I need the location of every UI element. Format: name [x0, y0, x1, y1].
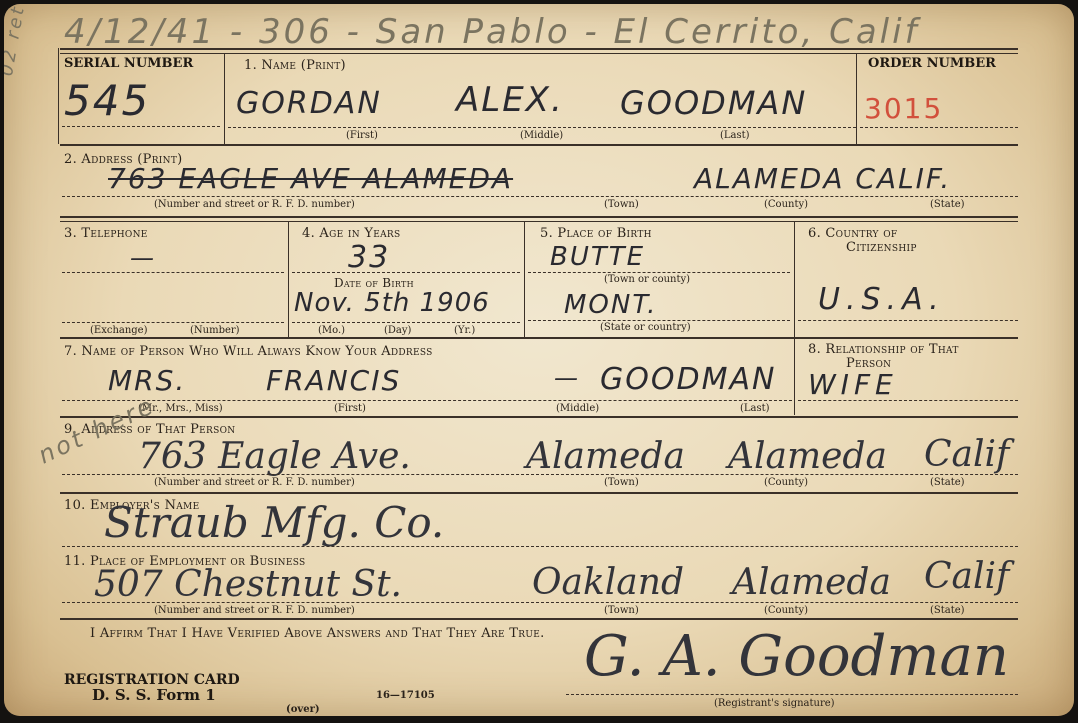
margin-note-top: 02 ret: [4, 4, 29, 78]
citizenship-label: 6. Country of: [808, 226, 897, 241]
contact-last: GOODMAN: [600, 362, 776, 397]
divider: [292, 272, 520, 273]
divider: [524, 221, 525, 337]
name-last-caption: (Last): [720, 130, 750, 141]
divider: [62, 602, 1018, 603]
contact-address-street-caption: (Number and street or R. F. D. number): [154, 477, 355, 488]
divider: [62, 196, 1018, 197]
divider: [528, 320, 790, 321]
dob-value: Nov. 5th 1906: [294, 288, 490, 318]
contact-middle-caption: (Middle): [556, 403, 599, 414]
employment-state: Calif: [924, 556, 1009, 597]
divider: [288, 221, 289, 337]
divider: [62, 272, 284, 273]
dob-year-caption: (Yr.): [454, 325, 475, 336]
divider: [60, 221, 1018, 222]
employment-town-caption: (Town): [604, 605, 639, 616]
birthplace-state: MONT.: [564, 290, 657, 320]
divider: [566, 694, 1018, 695]
employment-street: 507 Chestnut St.: [94, 564, 402, 605]
divider: [228, 127, 856, 128]
contact-address-state-caption: (State): [930, 477, 965, 488]
dob-day-caption: (Day): [384, 325, 411, 336]
birthplace-label: 5. Place of Birth: [540, 226, 652, 241]
age-value: 33: [348, 240, 390, 275]
serial-number-value: 545: [64, 76, 150, 125]
employment-county-caption: (County): [764, 605, 808, 616]
relationship-label: 8. Relationship of That: [808, 342, 959, 357]
divider: [62, 474, 1018, 475]
employer-value: Straub Mfg. Co.: [104, 498, 444, 547]
address-value: ALAMEDA CALIF.: [694, 162, 951, 195]
divider: [794, 337, 795, 415]
divider: [60, 53, 1018, 54]
divider: [292, 322, 520, 323]
name-first-caption: (First): [346, 130, 378, 141]
affirmation-text: I Affirm That I Have Verified Above Answ…: [90, 626, 545, 641]
telephone-value: —: [130, 244, 156, 272]
divider: [60, 618, 1018, 620]
name-middle: ALEX.: [456, 80, 564, 120]
age-label: 4. Age in Years: [302, 226, 400, 241]
contact-last-caption: (Last): [740, 403, 770, 414]
address-town-caption: (Town): [604, 199, 639, 210]
birthplace-town-caption: (Town or county): [604, 274, 690, 285]
divider: [60, 216, 1018, 218]
divider: [62, 126, 220, 127]
contact-first-caption: (First): [334, 403, 366, 414]
order-number-value: 3015: [864, 92, 943, 125]
serial-number-label: SERIAL NUMBER: [64, 56, 193, 71]
telephone-exchange-caption: (Exchange): [90, 325, 148, 336]
name-label: 1. Name (Print): [244, 58, 346, 73]
address-street-caption: (Number and street or R. F. D. number): [154, 199, 355, 210]
divider: [60, 416, 1018, 418]
divider: [856, 54, 857, 144]
birthplace-town: BUTTE: [550, 242, 645, 272]
divider: [60, 492, 1018, 494]
citizenship-value: U.S.A.: [818, 282, 945, 317]
address-state-caption: (State): [930, 199, 965, 210]
name-last: GOODMAN: [620, 84, 807, 122]
divider: [60, 48, 1018, 50]
divider: [224, 54, 225, 144]
contact-label: 7. Name of Person Who Will Always Know Y…: [64, 344, 433, 359]
registration-card: 4/12/41 - 306 - San Pablo - El Cerrito, …: [4, 4, 1074, 716]
divider: [62, 546, 1018, 547]
divider: [794, 221, 795, 337]
relationship-value: WIFE: [808, 368, 898, 401]
registrant-signature: G. A. Goodman: [584, 624, 1009, 689]
order-number-label: ORDER NUMBER: [868, 56, 996, 71]
divider: [60, 337, 1018, 339]
form-number: D. S. S. Form 1: [92, 686, 216, 704]
address-county-caption: (County): [764, 199, 808, 210]
dob-month-caption: (Mo.): [318, 325, 345, 336]
contact-middle: —: [554, 364, 580, 392]
divider: [860, 127, 1018, 128]
contact-address-county: Alameda: [728, 436, 887, 477]
telephone-number-caption: (Number): [190, 325, 240, 336]
divider: [798, 320, 1018, 321]
employment-street-caption: (Number and street or R. F. D. number): [154, 605, 355, 616]
contact-address-town: Alameda: [526, 436, 685, 477]
print-code: 16—17105: [376, 690, 435, 701]
divider: [62, 322, 284, 323]
contact-address-county-caption: (County): [764, 477, 808, 488]
name-first: GORDAN: [236, 86, 382, 121]
divider: [528, 272, 790, 273]
divider: [60, 144, 1018, 146]
citizenship-label-2: Citizenship: [846, 240, 917, 255]
employment-town: Oakland: [532, 562, 684, 603]
employment-state-caption: (State): [930, 605, 965, 616]
signature-caption: (Registrant's signature): [714, 698, 835, 709]
contact-address-street: 763 Eagle Ave.: [138, 436, 411, 477]
employment-county: Alameda: [732, 562, 891, 603]
divider: [58, 48, 59, 144]
contact-first: FRANCIS: [266, 364, 401, 397]
contact-address-state: Calif: [924, 434, 1009, 475]
address-struck-value: 763 EAGLE AVE ALAMEDA: [108, 162, 513, 195]
telephone-label: 3. Telephone: [64, 226, 148, 241]
divider: [798, 400, 1018, 401]
birthplace-state-caption: (State or country): [600, 322, 691, 333]
top-annotation: 4/12/41 - 306 - San Pablo - El Cerrito, …: [64, 12, 920, 52]
contact-address-town-caption: (Town): [604, 477, 639, 488]
over-note: (over): [286, 704, 320, 715]
name-middle-caption: (Middle): [520, 130, 563, 141]
divider: [62, 400, 792, 401]
